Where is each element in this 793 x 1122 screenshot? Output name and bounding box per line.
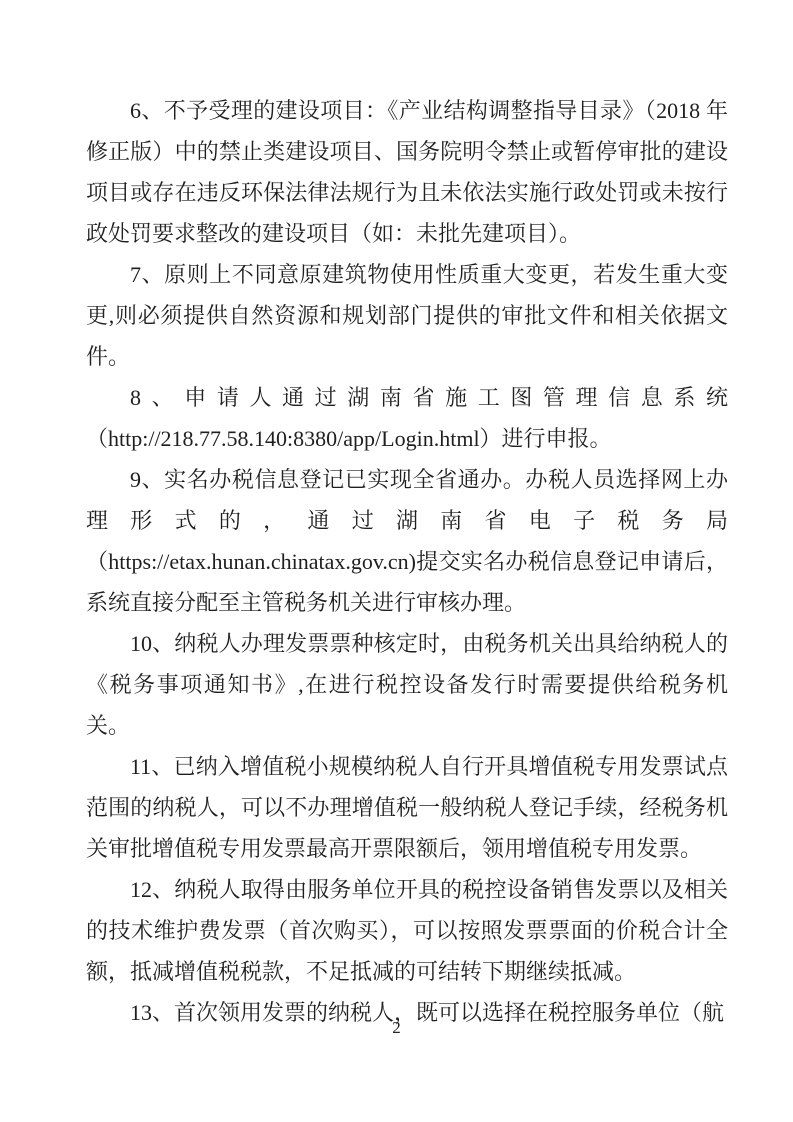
paragraph-item-11: 11、已纳入增值税小规模纳税人自行开具增值税专用发票试点范围的纳税人，可以不办理… (86, 746, 728, 869)
paragraph-item-6: 6、不予受理的建设项目：《产业结构调整指导目录》（2018 年修正版）中的禁止类… (86, 90, 728, 254)
paragraph-item-8: 8、申请人通过湖南省施工图管理信息系统（http://218.77.58.140… (86, 377, 728, 459)
document-page: 6、不予受理的建设项目：《产业结构调整指导目录》（2018 年修正版）中的禁止类… (0, 0, 793, 1122)
page-number: 2 (0, 1016, 793, 1040)
paragraph-item-12: 12、纳税人取得由服务单位开具的税控设备销售发票以及相关的技术维护费发票（首次购… (86, 869, 728, 992)
paragraph-item-10: 10、纳税人办理发票票种核定时，由税务机关出具给纳税人的《税务事项通知书》,在进… (86, 623, 728, 746)
paragraph-item-9: 9、实名办税信息登记已实现全省通办。办税人员选择网上办理形式的，通过湖南省电子税… (86, 459, 728, 623)
document-body: 6、不予受理的建设项目：《产业结构调整指导目录》（2018 年修正版）中的禁止类… (86, 90, 728, 1033)
paragraph-item-7: 7、原则上不同意原建筑物使用性质重大变更，若发生重大变更,则必须提供自然资源和规… (86, 254, 728, 377)
